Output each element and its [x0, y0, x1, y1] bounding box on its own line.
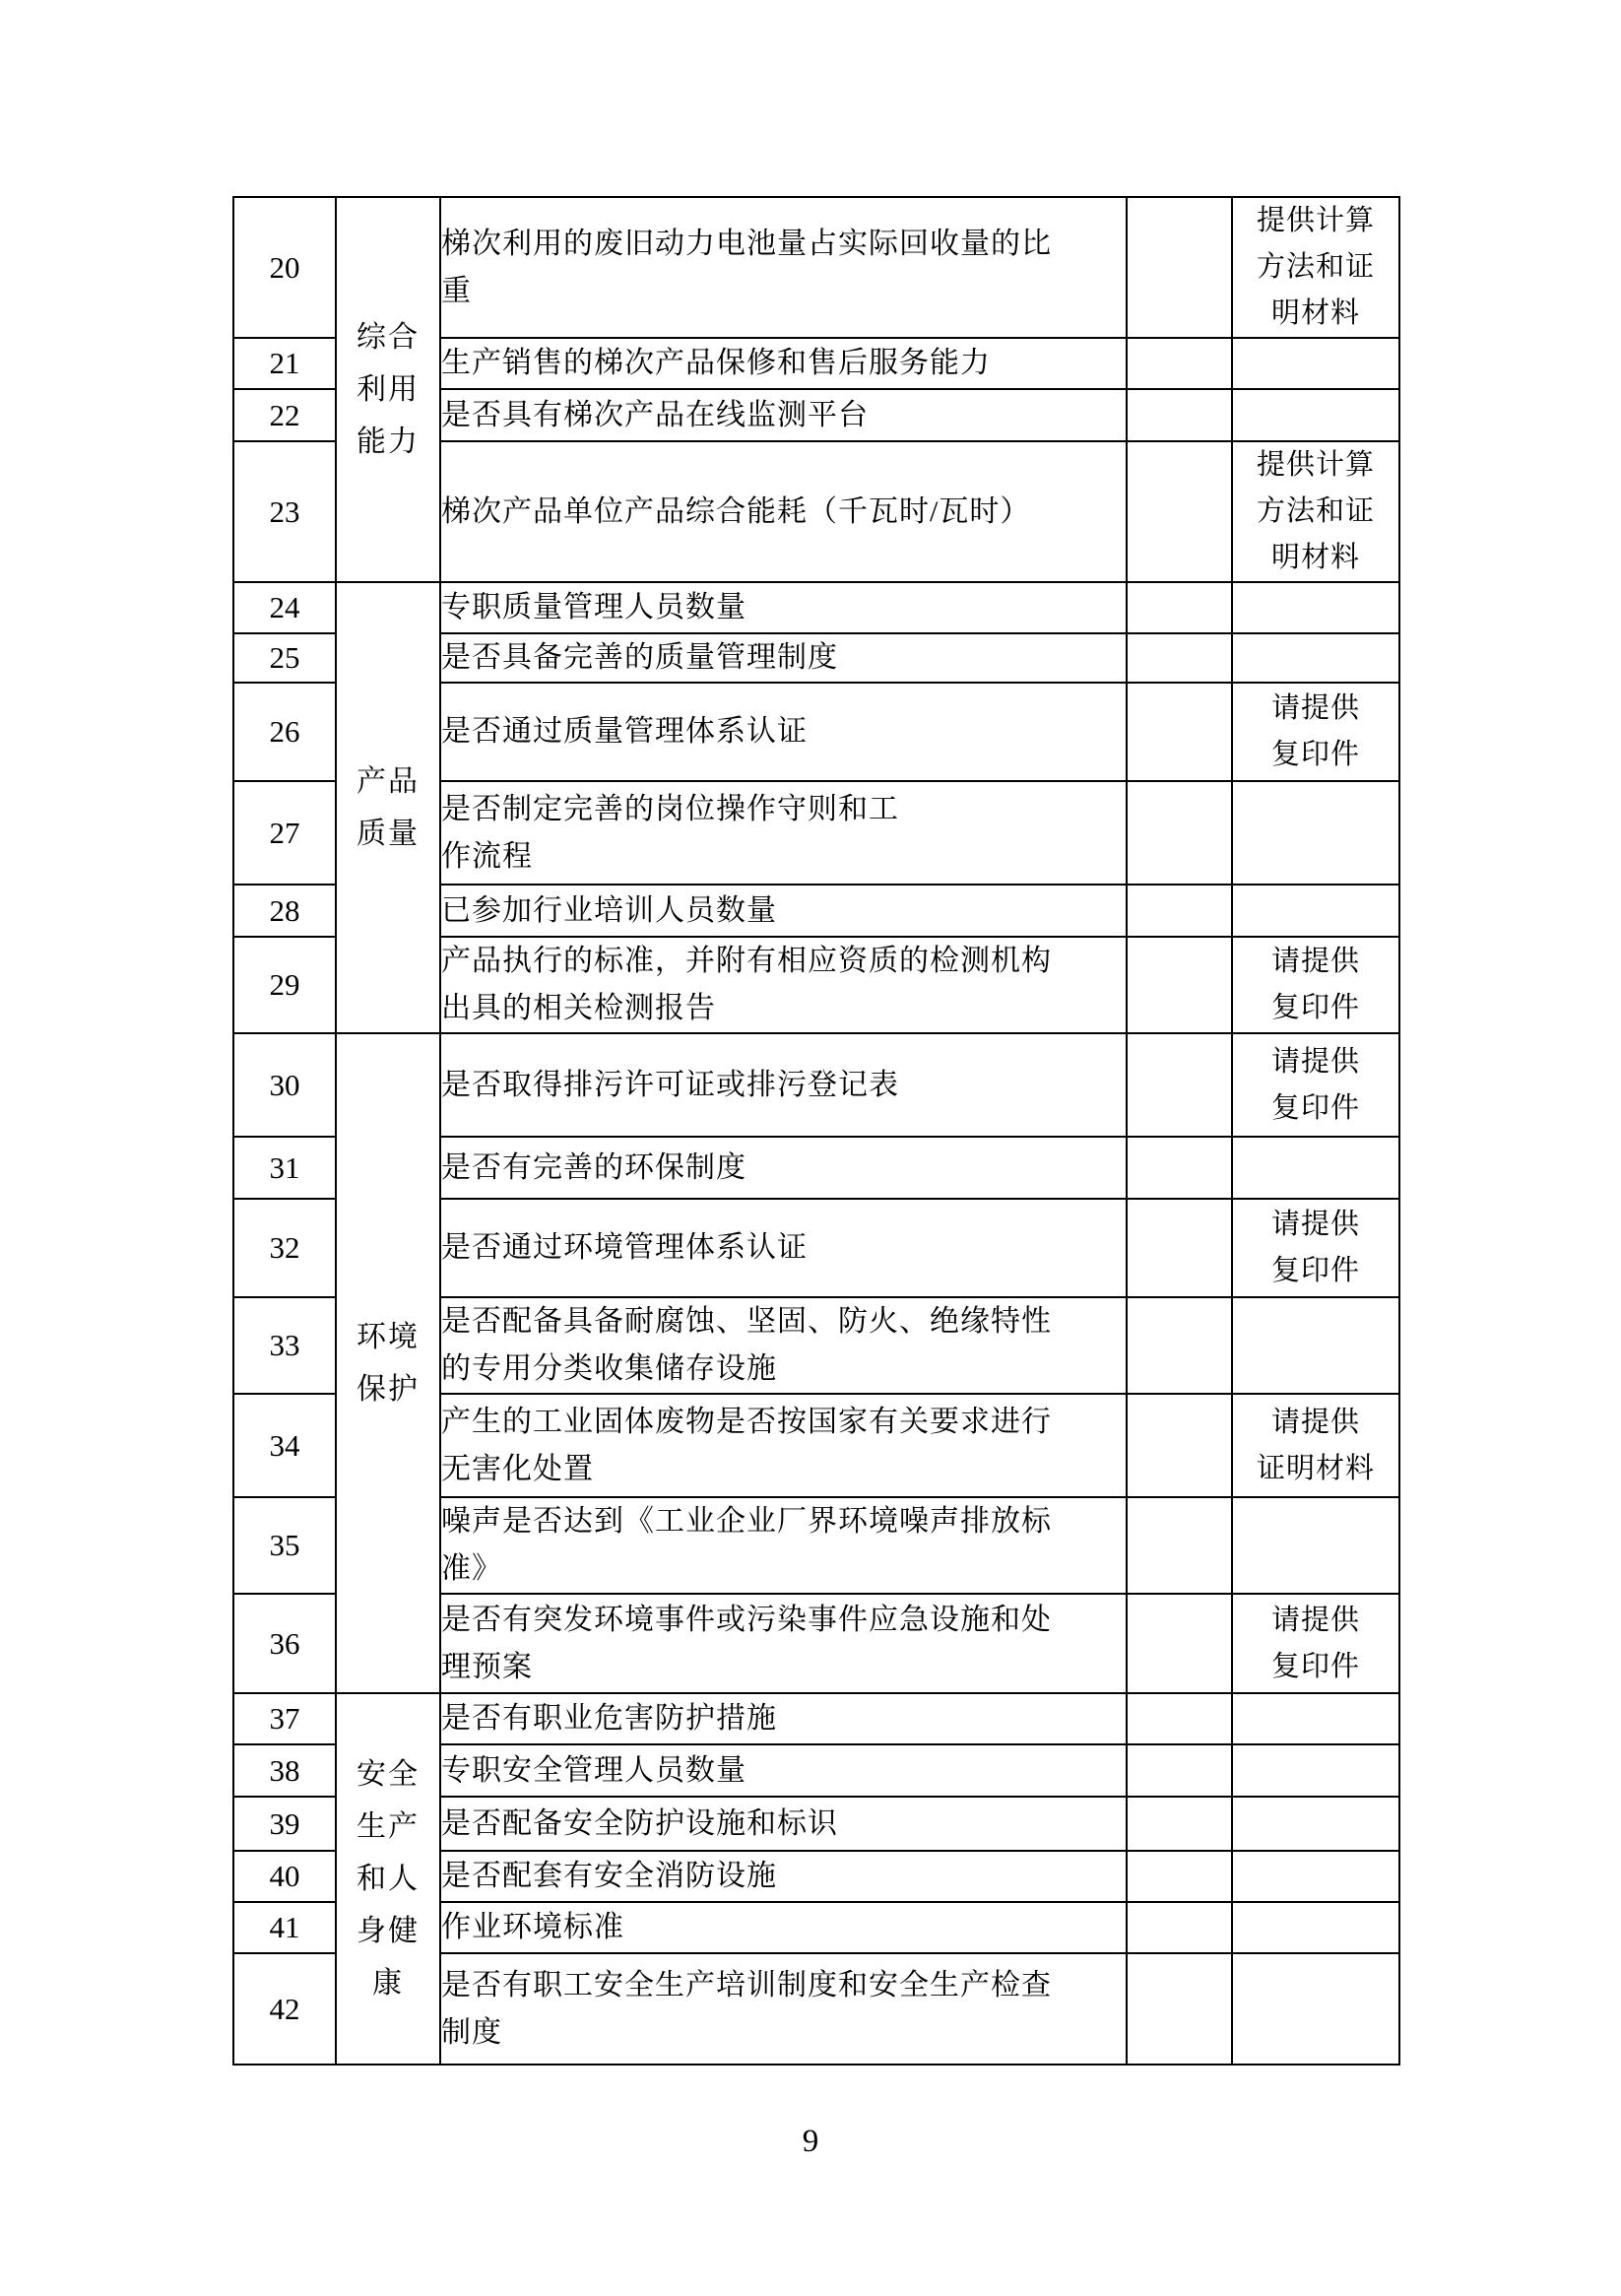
score-cell-empty	[1127, 781, 1232, 885]
criteria-line: 出具的相关检测报告	[441, 985, 1126, 1032]
score-cell-empty	[1127, 937, 1232, 1033]
score-cell-empty	[1127, 1953, 1232, 2065]
criteria-cell: 是否有完善的环保制度	[440, 1137, 1127, 1199]
criteria-line: 是否制定完善的岗位操作守则和工	[441, 786, 1126, 833]
category-line: 安全	[337, 1748, 439, 1801]
note-line: 请提供	[1233, 1039, 1398, 1085]
criteria-line: 产品执行的标准，并附有相应资质的检测机构	[441, 938, 1126, 985]
row-number-cell: 30	[233, 1033, 336, 1137]
category-line: 身健	[337, 1905, 439, 1957]
category-line: 生产	[337, 1801, 439, 1853]
note-cell	[1232, 633, 1399, 683]
row-number-cell: 32	[233, 1199, 336, 1297]
note-line: 提供计算	[1233, 442, 1398, 489]
category-cell: 产品质量	[336, 582, 440, 1033]
row-number-cell: 25	[233, 633, 336, 683]
criteria-line: 生产销售的梯次产品保修和售后服务能力	[441, 340, 1126, 387]
note-cell: 请提供复印件	[1232, 1033, 1399, 1137]
criteria-line: 准》	[441, 1545, 1126, 1593]
note-line: 请提供	[1233, 686, 1398, 732]
note-cell	[1232, 885, 1399, 937]
note-line: 证明材料	[1233, 1446, 1398, 1492]
criteria-line: 专职质量管理人员数量	[441, 584, 1126, 631]
criteria-line: 重	[441, 268, 1126, 315]
score-cell-empty	[1127, 582, 1232, 633]
criteria-line: 是否具有梯次产品在线监测平台	[441, 392, 1126, 439]
note-cell	[1232, 1851, 1399, 1902]
note-cell	[1232, 781, 1399, 885]
note-cell	[1232, 1744, 1399, 1797]
criteria-line: 是否有完善的环保制度	[441, 1145, 1126, 1192]
criteria-line: 已参加行业培训人员数量	[441, 887, 1126, 935]
row-number-cell: 23	[233, 441, 336, 582]
score-cell-empty	[1127, 1797, 1232, 1851]
criteria-cell: 是否通过环境管理体系认证	[440, 1199, 1127, 1297]
note-cell	[1232, 1497, 1399, 1594]
note-cell: 请提供复印件	[1232, 683, 1399, 781]
criteria-line: 专职安全管理人员数量	[441, 1747, 1126, 1795]
row-number-cell: 39	[233, 1797, 336, 1851]
criteria-cell: 是否有职工安全生产培训制度和安全生产检查制度	[440, 1953, 1127, 2065]
note-cell	[1232, 338, 1399, 389]
score-cell-empty	[1127, 1394, 1232, 1497]
criteria-line: 是否配套有安全消防设施	[441, 1853, 1126, 1900]
criteria-cell: 是否有突发环境事件或污染事件应急设施和处理预案	[440, 1594, 1127, 1693]
criteria-line: 产生的工业固体废物是否按国家有关要求进行	[441, 1399, 1126, 1446]
category-line: 康	[337, 1957, 439, 2009]
criteria-cell: 是否具有梯次产品在线监测平台	[440, 389, 1127, 441]
note-cell: 请提供复印件	[1232, 937, 1399, 1033]
row-number-cell: 41	[233, 1902, 336, 1953]
note-line: 提供计算	[1233, 198, 1398, 244]
criteria-line: 制度	[441, 2009, 1126, 2057]
note-cell: 提供计算方法和证明材料	[1232, 441, 1399, 582]
score-cell-empty	[1127, 1851, 1232, 1902]
note-line: 方法和证	[1233, 244, 1398, 291]
category-line: 保护	[337, 1363, 439, 1415]
table-row: 24产品质量专职质量管理人员数量	[233, 582, 1399, 633]
note-cell	[1232, 582, 1399, 633]
note-cell	[1232, 1902, 1399, 1953]
note-cell: 提供计算方法和证明材料	[1232, 197, 1399, 338]
criteria-line: 是否通过质量管理体系认证	[441, 708, 1126, 755]
row-number-cell: 27	[233, 781, 336, 885]
score-cell-empty	[1127, 1497, 1232, 1594]
row-number-cell: 31	[233, 1137, 336, 1199]
row-number-cell: 26	[233, 683, 336, 781]
note-cell: 请提供复印件	[1232, 1594, 1399, 1693]
table-row: 37安全生产和人身健康是否有职业危害防护措施	[233, 1693, 1399, 1744]
score-cell-empty	[1127, 1594, 1232, 1693]
criteria-line: 理预案	[441, 1644, 1126, 1691]
category-cell: 综合利用能力	[336, 197, 440, 582]
document-page: 20综合利用能力梯次利用的废旧动力电池量占实际回收量的比重提供计算方法和证明材料…	[0, 0, 1621, 2296]
note-line: 请提供	[1233, 1400, 1398, 1446]
note-line: 请提供	[1233, 1598, 1398, 1644]
criteria-line: 是否配备安全防护设施和标识	[441, 1801, 1126, 1848]
criteria-line: 是否具备完善的质量管理制度	[441, 634, 1126, 682]
score-cell-empty	[1127, 1297, 1232, 1394]
criteria-cell: 是否具备完善的质量管理制度	[440, 633, 1127, 683]
criteria-line: 是否有职业危害防护措施	[441, 1695, 1126, 1742]
page-number: 9	[0, 2124, 1621, 2160]
category-line: 和人	[337, 1853, 439, 1905]
note-line: 明材料	[1233, 291, 1398, 337]
note-cell	[1232, 1297, 1399, 1394]
criteria-cell: 是否配备具备耐腐蚀、坚固、防火、绝缘特性的专用分类收集储存设施	[440, 1297, 1127, 1394]
score-cell-empty	[1127, 1744, 1232, 1797]
row-number-cell: 29	[233, 937, 336, 1033]
criteria-cell: 作业环境标准	[440, 1902, 1127, 1953]
criteria-cell: 已参加行业培训人员数量	[440, 885, 1127, 937]
row-number-cell: 36	[233, 1594, 336, 1693]
category-line: 质量	[337, 808, 439, 860]
criteria-line: 无害化处置	[441, 1446, 1126, 1493]
criteria-line: 噪声是否达到《工业企业厂界环境噪声排放标	[441, 1498, 1126, 1545]
criteria-line: 作流程	[441, 833, 1126, 881]
score-cell-empty	[1127, 389, 1232, 441]
criteria-line: 是否有职工安全生产培训制度和安全生产检查	[441, 1962, 1126, 2009]
criteria-cell: 梯次产品单位产品综合能耗（千瓦时/瓦时）	[440, 441, 1127, 582]
criteria-line: 是否取得排污许可证或排污登记表	[441, 1062, 1126, 1109]
category-line: 产品	[337, 755, 439, 808]
note-line: 复印件	[1233, 985, 1398, 1031]
score-cell-empty	[1127, 338, 1232, 389]
criteria-cell: 产生的工业固体废物是否按国家有关要求进行无害化处置	[440, 1394, 1127, 1497]
row-number-cell: 22	[233, 389, 336, 441]
score-cell-empty	[1127, 683, 1232, 781]
row-number-cell: 35	[233, 1497, 336, 1594]
category-line: 综合	[337, 311, 439, 363]
score-cell-empty	[1127, 633, 1232, 683]
row-number-cell: 42	[233, 1953, 336, 2065]
score-cell-empty	[1127, 1902, 1232, 1953]
row-number-cell: 34	[233, 1394, 336, 1497]
table-row: 30环境保护是否取得排污许可证或排污登记表请提供复印件	[233, 1033, 1399, 1137]
criteria-line: 作业环境标准	[441, 1904, 1126, 1951]
note-line: 复印件	[1233, 732, 1398, 778]
criteria-cell: 是否通过质量管理体系认证	[440, 683, 1127, 781]
criteria-line: 是否有突发环境事件或污染事件应急设施和处	[441, 1597, 1126, 1644]
criteria-cell: 产品执行的标准，并附有相应资质的检测机构出具的相关检测报告	[440, 937, 1127, 1033]
criteria-cell: 是否取得排污许可证或排污登记表	[440, 1033, 1127, 1137]
row-number-cell: 37	[233, 1693, 336, 1744]
note-line: 复印件	[1233, 1644, 1398, 1690]
criteria-line: 的专用分类收集储存设施	[441, 1345, 1126, 1393]
criteria-line: 梯次利用的废旧动力电池量占实际回收量的比	[441, 221, 1126, 268]
note-line: 请提供	[1233, 1202, 1398, 1248]
criteria-cell: 专职质量管理人员数量	[440, 582, 1127, 633]
note-cell	[1232, 1953, 1399, 2065]
criteria-cell: 专职安全管理人员数量	[440, 1744, 1127, 1797]
row-number-cell: 21	[233, 338, 336, 389]
score-cell-empty	[1127, 1033, 1232, 1137]
note-cell: 请提供证明材料	[1232, 1394, 1399, 1497]
table-row: 20综合利用能力梯次利用的废旧动力电池量占实际回收量的比重提供计算方法和证明材料	[233, 197, 1399, 338]
note-cell	[1232, 1693, 1399, 1744]
criteria-cell: 梯次利用的废旧动力电池量占实际回收量的比重	[440, 197, 1127, 338]
category-cell: 安全生产和人身健康	[336, 1693, 440, 2065]
note-line: 复印件	[1233, 1248, 1398, 1294]
row-number-cell: 28	[233, 885, 336, 937]
note-line: 明材料	[1233, 535, 1398, 581]
row-number-cell: 20	[233, 197, 336, 338]
row-number-cell: 33	[233, 1297, 336, 1394]
criteria-cell: 是否配备安全防护设施和标识	[440, 1797, 1127, 1851]
criteria-cell: 是否制定完善的岗位操作守则和工作流程	[440, 781, 1127, 885]
category-cell: 环境保护	[336, 1033, 440, 1693]
criteria-cell: 是否有职业危害防护措施	[440, 1693, 1127, 1744]
criteria-cell: 是否配套有安全消防设施	[440, 1851, 1127, 1902]
category-line: 利用	[337, 363, 439, 416]
note-cell	[1232, 389, 1399, 441]
row-number-cell: 24	[233, 582, 336, 633]
criteria-line: 是否通过环境管理体系认证	[441, 1224, 1126, 1272]
score-cell-empty	[1127, 1199, 1232, 1297]
row-number-cell: 40	[233, 1851, 336, 1902]
score-cell-empty	[1127, 1693, 1232, 1744]
note-line: 请提供	[1233, 939, 1398, 985]
note-cell	[1232, 1137, 1399, 1199]
score-cell-empty	[1127, 1137, 1232, 1199]
evaluation-table: 20综合利用能力梯次利用的废旧动力电池量占实际回收量的比重提供计算方法和证明材料…	[232, 196, 1400, 2066]
note-line: 方法和证	[1233, 489, 1398, 535]
criteria-line: 梯次产品单位产品综合能耗（千瓦时/瓦时）	[441, 489, 1126, 536]
category-line: 环境	[337, 1311, 439, 1363]
note-cell: 请提供复印件	[1232, 1199, 1399, 1297]
note-cell	[1232, 1797, 1399, 1851]
score-cell-empty	[1127, 197, 1232, 338]
criteria-line: 是否配备具备耐腐蚀、坚固、防火、绝缘特性	[441, 1298, 1126, 1345]
category-line: 能力	[337, 416, 439, 468]
row-number-cell: 38	[233, 1744, 336, 1797]
note-line: 复印件	[1233, 1085, 1398, 1132]
criteria-cell: 噪声是否达到《工业企业厂界环境噪声排放标准》	[440, 1497, 1127, 1594]
score-cell-empty	[1127, 441, 1232, 582]
score-cell-empty	[1127, 885, 1232, 937]
criteria-cell: 生产销售的梯次产品保修和售后服务能力	[440, 338, 1127, 389]
